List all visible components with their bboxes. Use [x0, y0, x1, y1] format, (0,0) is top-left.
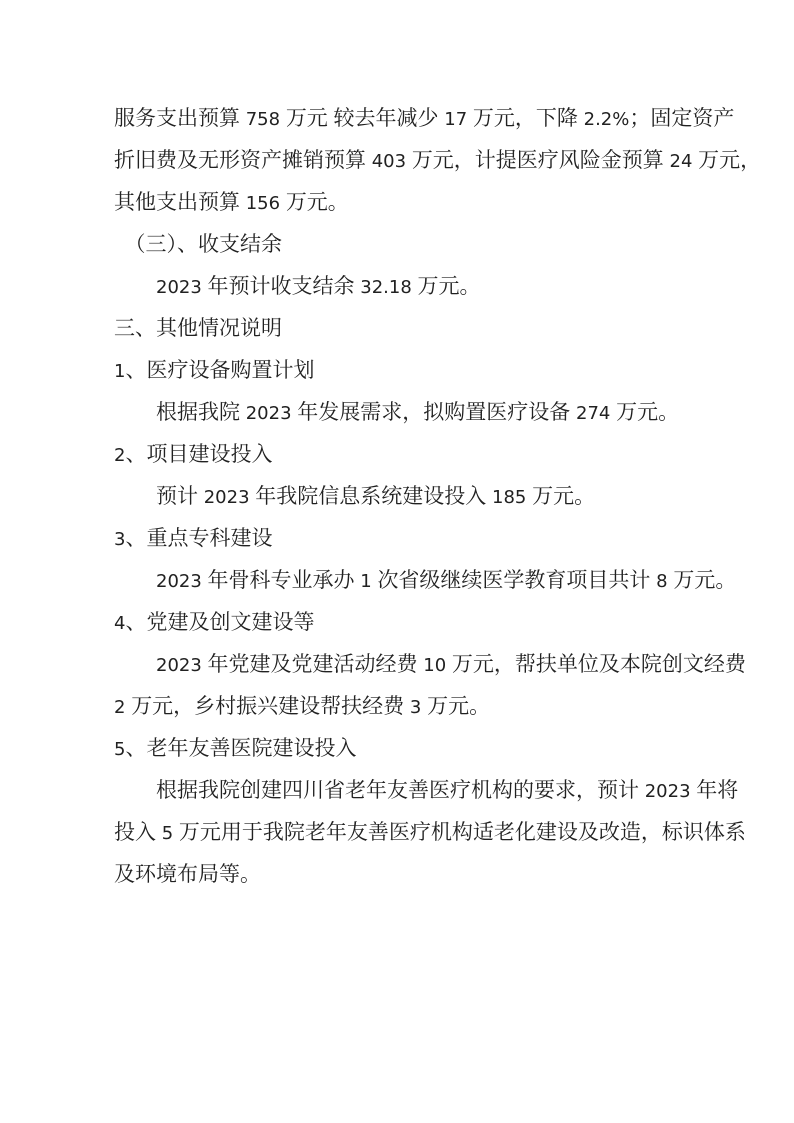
latin-text-run: 5: [156, 823, 179, 844]
latin-text-run: 185: [486, 487, 532, 508]
latin-text-run: 156: [240, 193, 286, 214]
text-line: 及环境布局等。: [114, 853, 682, 895]
latin-text-run: 24: [664, 151, 698, 172]
heading-paragraph: 2、项目建设投入: [114, 433, 682, 475]
latin-text-run: 2023: [198, 487, 255, 508]
text-line: （三）、收支结余: [114, 223, 682, 265]
body-paragraph: 2023 年党建及党建活动经费 10 万元，帮扶单位及本院创文经费2 万元，乡村…: [114, 643, 682, 727]
text-line: 1、医疗设备购置计划: [114, 349, 682, 391]
text-line: 根据我院创建四川省老年友善医疗机构的要求，预计 2023 年将: [114, 769, 682, 811]
latin-text-run: 8: [650, 571, 673, 592]
latin-text-run: 2: [114, 445, 125, 466]
body-paragraph: 根据我院 2023 年发展需求，拟购置医疗设备 274 万元。: [114, 391, 682, 433]
latin-text-run: 3: [114, 529, 125, 550]
latin-text-run: 2023: [156, 277, 208, 298]
text-line: 投入 5 万元用于我院老年友善医疗机构适老化建设及改造，标识体系: [114, 811, 682, 853]
latin-text-run: 32.18: [355, 277, 418, 298]
heading-paragraph: 4、党建及创文建设等: [114, 601, 682, 643]
body-paragraph: 2023 年骨科专业承办 1 次省级继续医学教育项目共计 8 万元。: [114, 559, 682, 601]
text-line: 预计 2023 年我院信息系统建设投入 185 万元。: [114, 475, 682, 517]
latin-text-run: 3: [404, 697, 427, 718]
text-line: 4、党建及创文建设等: [114, 601, 682, 643]
heading-paragraph: 5、老年友善医院建设投入: [114, 727, 682, 769]
text-line: 服务支出预算 758 万元 较去年减少 17 万元，下降 2.2%；固定资产: [114, 97, 682, 139]
latin-text-run: 2023: [240, 403, 297, 424]
text-line: 折旧费及无形资产摊销预算 403 万元，计提医疗风险金预算 24 万元，: [114, 139, 682, 181]
text-line: 2023 年骨科专业承办 1 次省级继续医学教育项目共计 8 万元。: [114, 559, 682, 601]
text-line: 根据我院 2023 年发展需求，拟购置医疗设备 274 万元。: [114, 391, 682, 433]
latin-text-run: 758: [240, 109, 286, 130]
latin-text-run: 1: [355, 571, 378, 592]
document-page: 服务支出预算 758 万元 较去年减少 17 万元，下降 2.2%；固定资产折旧…: [0, 0, 794, 1123]
heading-paragraph: 3、重点专科建设: [114, 517, 682, 559]
latin-text-run: 2023: [156, 571, 208, 592]
text-line: 2023 年预计收支结余 32.18 万元。: [114, 265, 682, 307]
latin-text-run: [328, 109, 334, 130]
body-paragraph: 根据我院创建四川省老年友善医疗机构的要求，预计 2023 年将投入 5 万元用于…: [114, 769, 682, 895]
latin-text-run: 1: [114, 361, 125, 382]
text-line: 2 万元，乡村振兴建设帮扶经费 3 万元。: [114, 685, 682, 727]
latin-text-run: 2023: [156, 655, 208, 676]
body-paragraph: 预计 2023 年我院信息系统建设投入 185 万元。: [114, 475, 682, 517]
heading-paragraph: 1、医疗设备购置计划: [114, 349, 682, 391]
latin-text-run: 5: [114, 739, 125, 760]
latin-text-run: 2.2%: [578, 109, 629, 130]
text-line: 3、重点专科建设: [114, 517, 682, 559]
body-paragraph: 2023 年预计收支结余 32.18 万元。: [114, 265, 682, 307]
latin-text-run: 10: [418, 655, 452, 676]
heading-paragraph: 三、其他情况说明: [114, 307, 682, 349]
heading-paragraph: （三）、收支结余: [114, 223, 682, 265]
latin-text-run: 4: [114, 613, 125, 634]
latin-text-run: 2023: [639, 781, 696, 802]
text-line: 2023 年党建及党建活动经费 10 万元，帮扶单位及本院创文经费: [114, 643, 682, 685]
text-line: 其他支出预算 156 万元。: [114, 181, 682, 223]
latin-text-run: 403: [366, 151, 412, 172]
text-line: 2、项目建设投入: [114, 433, 682, 475]
text-line: 三、其他情况说明: [114, 307, 682, 349]
body-paragraph: 服务支出预算 758 万元 较去年减少 17 万元，下降 2.2%；固定资产折旧…: [114, 97, 682, 223]
latin-text-run: 17: [439, 109, 473, 130]
latin-text-run: 274: [570, 403, 616, 424]
text-line: 5、老年友善医院建设投入: [114, 727, 682, 769]
latin-text-run: 2: [114, 697, 131, 718]
